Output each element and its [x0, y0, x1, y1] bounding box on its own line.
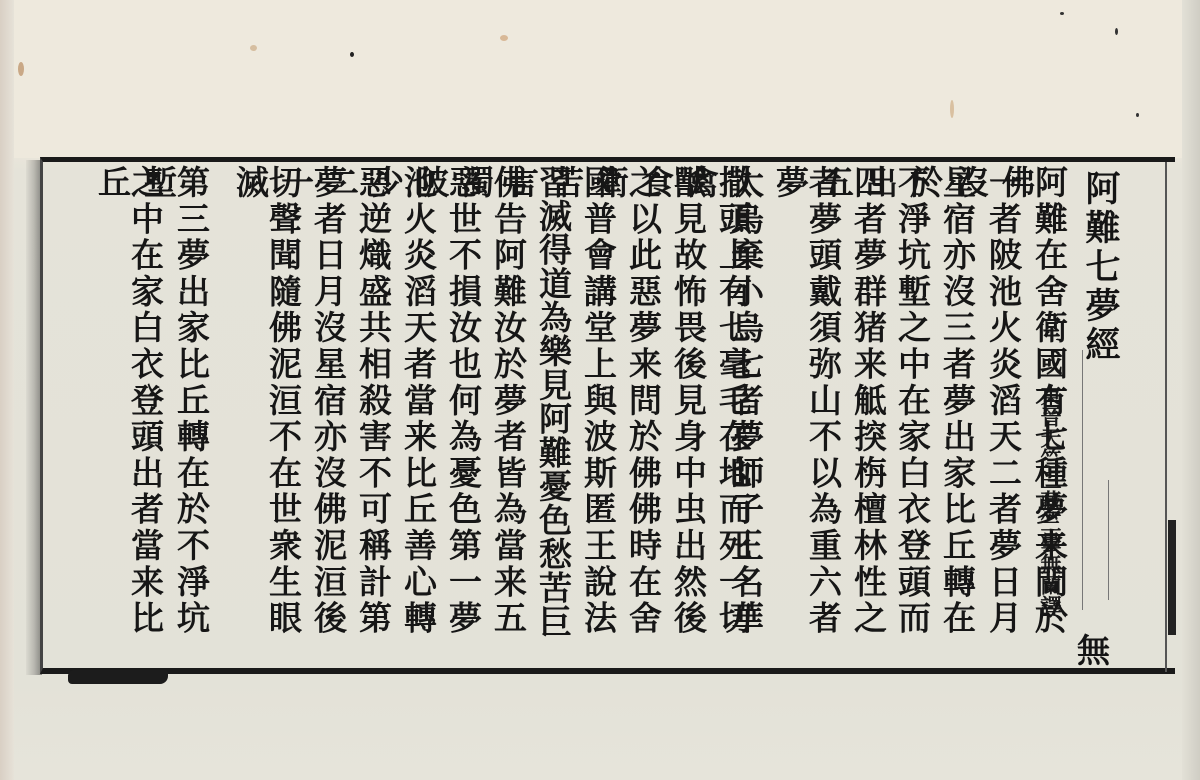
paper-speck	[18, 62, 24, 76]
text-column-6: 者夢頭戴須弥山不以為重六者夢	[774, 165, 840, 670]
paper-speck	[950, 100, 954, 118]
text-column-18: 切聲聞隨佛泥洹不在世衆生眼滅	[234, 165, 300, 670]
page-left-edge	[0, 0, 14, 780]
text-body: 阿難在舍衛國有七種夢来問於佛 一者陂池火炎滔天二者夢日月沒 星宿亦沒三者夢出家比…	[90, 165, 1130, 670]
text-column-20: 之中在家白衣登頭出者當来比丘	[96, 165, 162, 670]
paper-speck	[350, 52, 354, 57]
paper-speck	[1115, 28, 1118, 35]
frame-right-border	[1165, 162, 1167, 672]
page-right-edge	[1182, 0, 1200, 780]
block-edge-mark	[1168, 520, 1176, 635]
paper-speck	[250, 45, 257, 51]
ink-smudge	[68, 670, 168, 684]
paper-speck	[1136, 113, 1139, 117]
paper-speck	[1060, 12, 1064, 15]
paper-top-margin	[0, 0, 1200, 158]
paper-speck	[500, 35, 508, 41]
